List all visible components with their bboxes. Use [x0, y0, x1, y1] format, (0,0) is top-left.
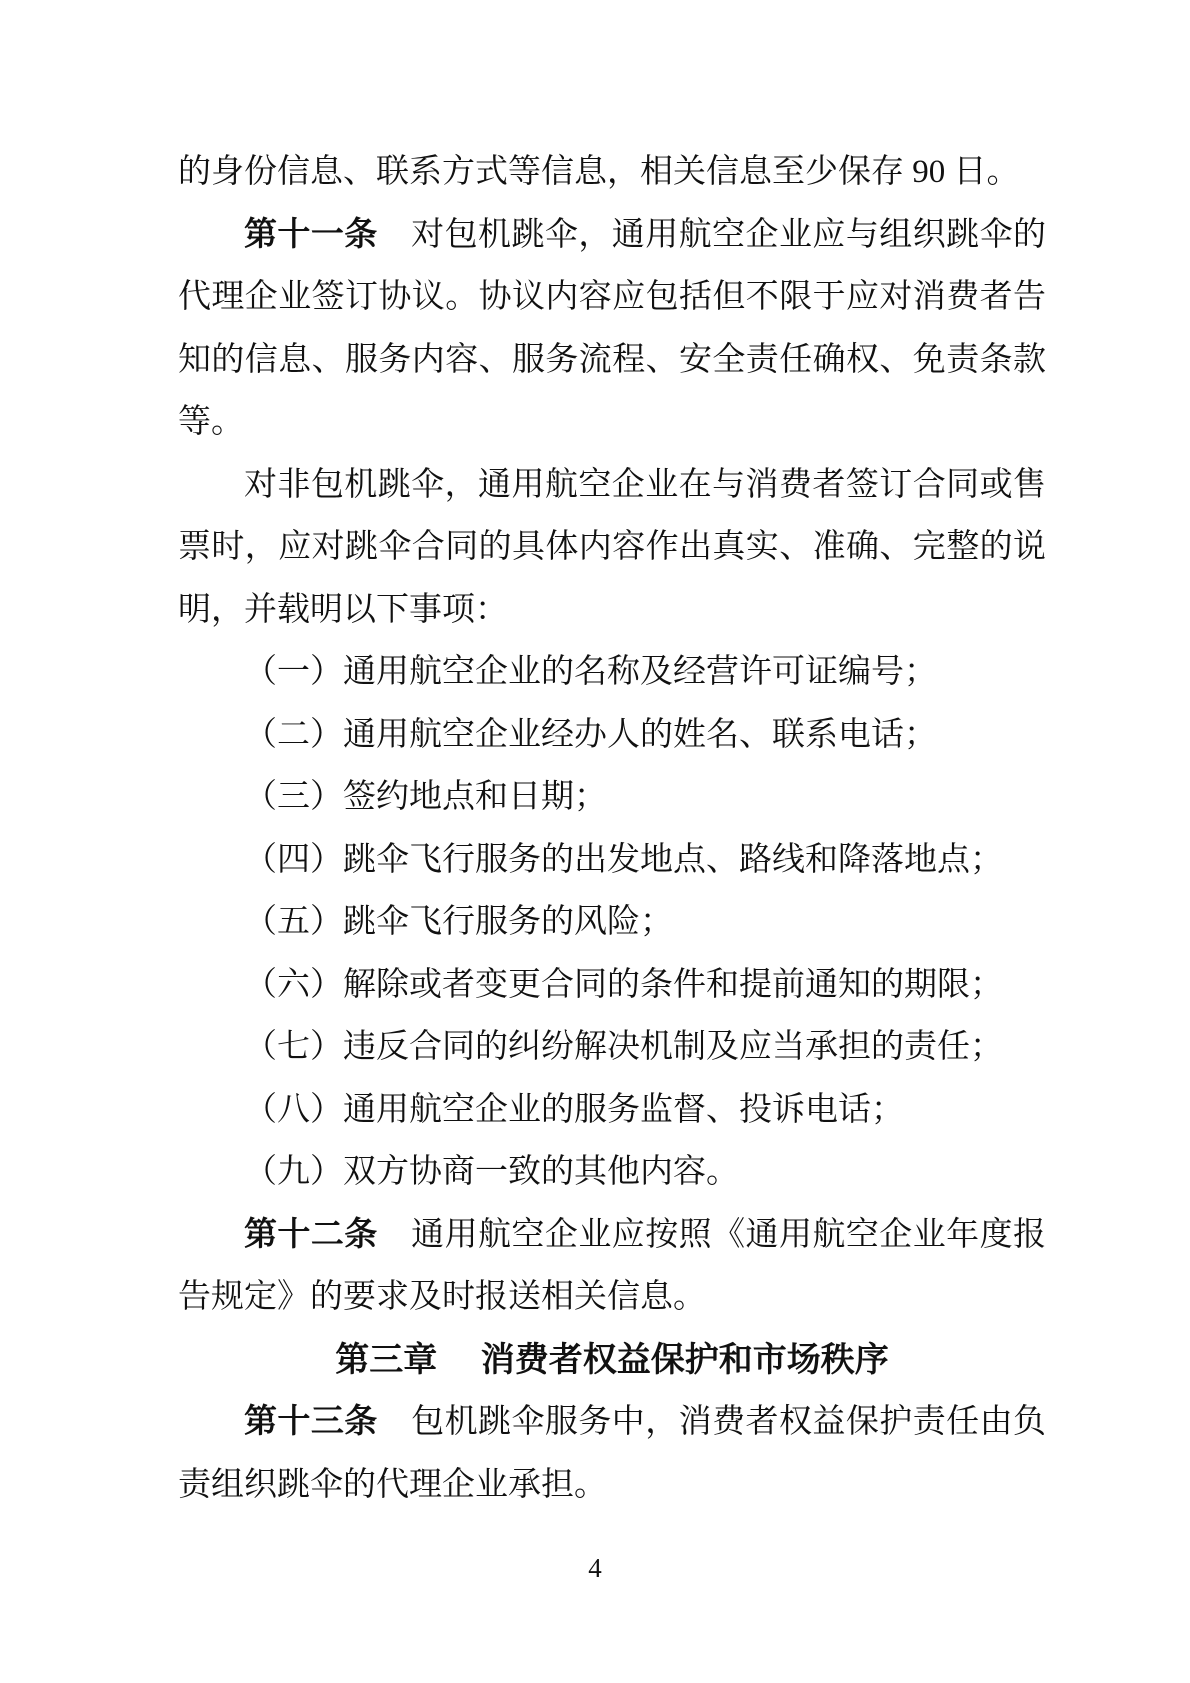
article-number: 第十二条 [244, 1217, 378, 1253]
text-run: 消费者权益保护和市场秩序 [437, 1341, 888, 1379]
text-run: 对非包机跳伞，通用航空企业在与消费者签订合同或售 [244, 467, 1046, 503]
text-run: （一）通用航空企业的名称及经营许可证编号； [244, 654, 937, 690]
text-line: 票时，应对跳伞合同的具体内容作出真实、准确、完整的说 [178, 516, 1046, 579]
text-run: 责组织跳伞的代理企业承担。 [178, 1467, 607, 1503]
article-number: 第十一条 [244, 217, 378, 253]
text-line: 明，并载明以下事项： [178, 579, 1046, 642]
text-run: 通用航空企业应按照《通用航空企业年度报 [378, 1217, 1046, 1253]
text-line: 知的信息、服务内容、服务流程、安全责任确权、免责条款 [178, 329, 1046, 392]
text-run: 告规定》的要求及时报送相关信息。 [178, 1279, 706, 1315]
text-line: 第十三条 包机跳伞服务中，消费者权益保护责任由负 [178, 1391, 1046, 1454]
text-run: （七）违反合同的纠纷解决机制及应当承担的责任； [244, 1029, 1003, 1065]
text-line: 第十一条 对包机跳伞，通用航空企业应与组织跳伞的 [178, 204, 1046, 267]
text-line: （九）双方协商一致的其他内容。 [178, 1141, 1046, 1204]
text-line: （四）跳伞飞行服务的出发地点、路线和降落地点； [178, 829, 1046, 892]
text-run: 的身份信息、联系方式等信息，相关信息至少保存 90 日。 [178, 154, 1020, 190]
text-line: 责组织跳伞的代理企业承担。 [178, 1454, 1046, 1517]
text-run: （二）通用航空企业经办人的姓名、联系电话； [244, 717, 937, 753]
text-run: 知的信息、服务内容、服务流程、安全责任确权、免责条款 [178, 342, 1046, 378]
text-run: 第三章 [335, 1341, 437, 1379]
text-run: 包机跳伞服务中，消费者权益保护责任由负 [378, 1404, 1046, 1440]
text-run: （六）解除或者变更合同的条件和提前通知的期限； [244, 967, 1003, 1003]
text-run: 票时，应对跳伞合同的具体内容作出真实、准确、完整的说 [178, 529, 1046, 565]
text-line: （五）跳伞飞行服务的风险； [178, 891, 1046, 954]
text-line: （二）通用航空企业经办人的姓名、联系电话； [178, 704, 1046, 767]
text-line: 的身份信息、联系方式等信息，相关信息至少保存 90 日。 [178, 141, 1046, 204]
text-run: 代理企业签订协议。协议内容应包括但不限于应对消费者告 [178, 279, 1046, 315]
text-run: 明，并载明以下事项： [178, 592, 508, 628]
text-line: 代理企业签订协议。协议内容应包括但不限于应对消费者告 [178, 266, 1046, 329]
text-line: 对非包机跳伞，通用航空企业在与消费者签订合同或售 [178, 454, 1046, 517]
text-run: （三）签约地点和日期； [244, 779, 607, 815]
page-number: 4 [0, 1548, 1190, 1588]
text-line: （三）签约地点和日期； [178, 766, 1046, 829]
text-line: （七）违反合同的纠纷解决机制及应当承担的责任； [178, 1016, 1046, 1079]
text-run: （九）双方协商一致的其他内容。 [244, 1154, 739, 1190]
text-line: （八）通用航空企业的服务监督、投诉电话； [178, 1079, 1046, 1142]
text-line: 第十二条 通用航空企业应按照《通用航空企业年度报 [178, 1204, 1046, 1267]
text-run: （五）跳伞飞行服务的风险； [244, 904, 673, 940]
text-line: 告规定》的要求及时报送相关信息。 [178, 1266, 1046, 1329]
document-page: 的身份信息、联系方式等信息，相关信息至少保存 90 日。第十一条 对包机跳伞，通… [0, 0, 1190, 1683]
text-run: 对包机跳伞，通用航空企业应与组织跳伞的 [378, 217, 1046, 253]
text-line: （一）通用航空企业的名称及经营许可证编号； [178, 641, 1046, 704]
article-number: 第十三条 [244, 1404, 378, 1440]
text-line: （六）解除或者变更合同的条件和提前通知的期限； [178, 954, 1046, 1017]
text-run: 等。 [178, 404, 244, 440]
document-body: 的身份信息、联系方式等信息，相关信息至少保存 90 日。第十一条 对包机跳伞，通… [178, 141, 1046, 1516]
text-run: （四）跳伞飞行服务的出发地点、路线和降落地点； [244, 842, 1003, 878]
text-run: （八）通用航空企业的服务监督、投诉电话； [244, 1092, 904, 1128]
text-line: 等。 [178, 391, 1046, 454]
chapter-heading: 第三章 消费者权益保护和市场秩序 [178, 1329, 1046, 1392]
